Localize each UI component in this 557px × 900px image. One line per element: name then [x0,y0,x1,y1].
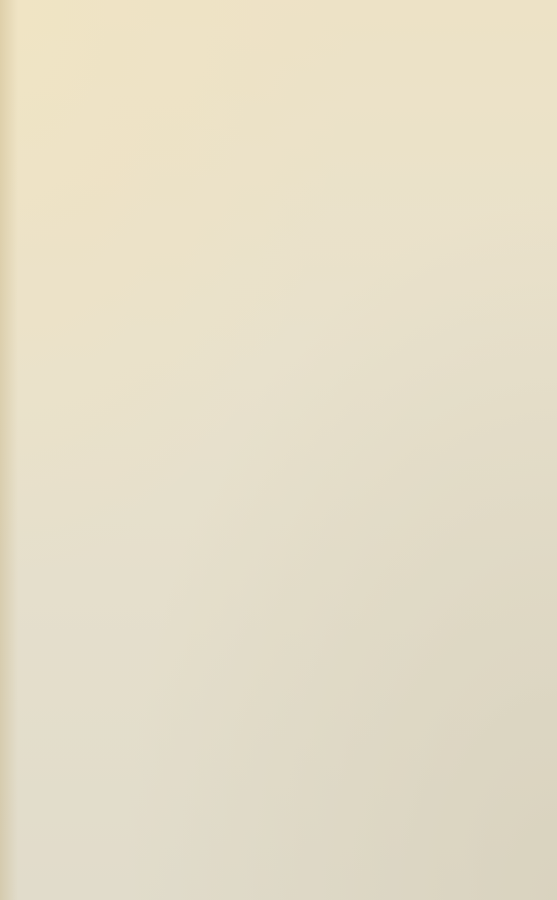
manuscript-page [0,0,557,900]
